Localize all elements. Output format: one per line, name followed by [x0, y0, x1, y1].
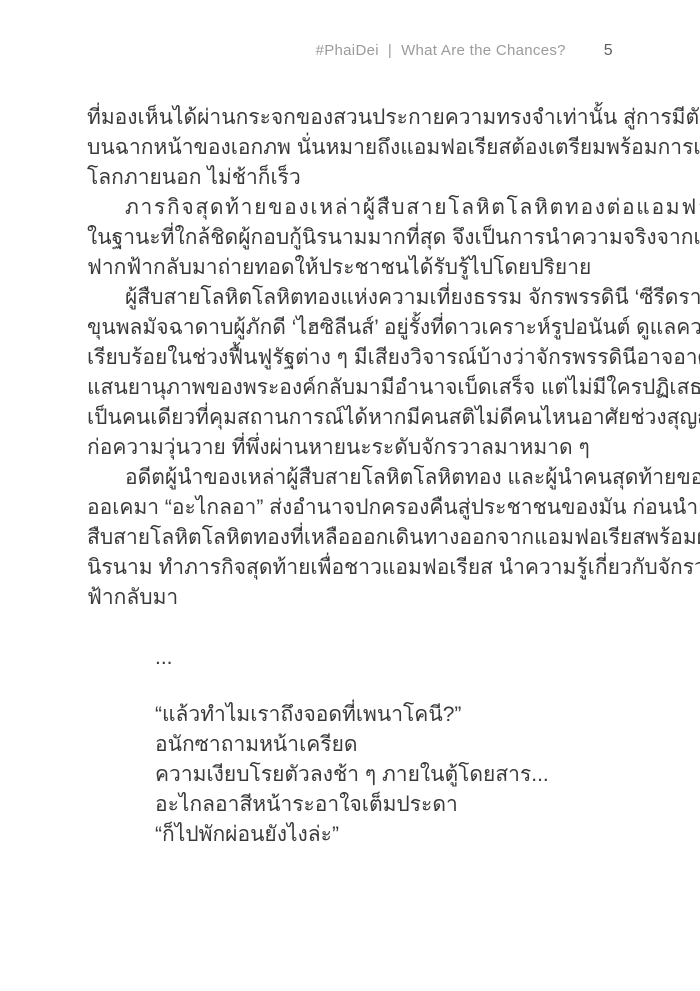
chapter-title: What Are the Chances? — [401, 40, 566, 62]
text-line: ความเงียบโรยตัวลงช้า ๆ ภายในตู้โดยสาร... — [155, 760, 613, 790]
text-line: ออเคมา “อะไกลอา” ส่งอำนาจปกครองคืนสู่ประ… — [87, 493, 613, 523]
text-line: ผู้สืบสายโลหิตโลหิตทองแห่งความเที่ยงธรรม… — [87, 283, 613, 313]
text-line: อดีตผู้นำของเหล่าผู้สืบสายโลหิตโลหิตทอง … — [87, 463, 613, 493]
text-line: “แล้วทำไมเราถึงจอดที่เพนาโคนี?” — [155, 700, 613, 730]
text-line: ฟ้ากลับมา — [87, 583, 613, 613]
page-number: 5 — [604, 40, 613, 62]
text-line: ก่อความวุ่นวาย ที่พึ่งผ่านหายนะระดับจักร… — [87, 433, 613, 463]
paragraph: ผู้สืบสายโลหิตโลหิตทองแห่งความเที่ยงธรรม… — [87, 283, 613, 463]
text-line: ที่มองเห็นได้ผ่านกระจกของสวนประกายความทร… — [87, 103, 613, 133]
text-line: เรียบร้อยในช่วงฟื้นฟูรัฐต่าง ๆ มีเสียงวิ… — [87, 343, 613, 373]
book-page: #PhaiDei | What Are the Chances? 5 ที่มอ… — [0, 0, 700, 991]
paragraph: ที่มองเห็นได้ผ่านกระจกของสวนประกายความทร… — [87, 103, 613, 193]
text-line: เป็นคนเดียวที่คุมสถานการณ์ได้หากมีคนสติไ… — [87, 403, 613, 433]
text-line: ภารกิจสุดท้ายของเหล่าผู้สืบสายโลหิตโลหิต… — [87, 193, 613, 223]
text-line: บนฉากหน้าของเอกภพ นั่นหมายถึงแอมฟอเรียสต… — [87, 133, 613, 163]
dialogue-paragraph: “แล้วทำไมเราถึงจอดที่เพนาโคนี?”อนักซาถาม… — [87, 700, 613, 850]
paragraph: อดีตผู้นำของเหล่าผู้สืบสายโลหิตโลหิตทอง … — [87, 463, 613, 613]
text-line: ในฐานะที่ใกล้ชิดผู้กอบกู้นิรนามมากที่สุด… — [87, 223, 613, 253]
text-line: อนักซาถามหน้าเครียด — [155, 730, 613, 760]
text-line: ฟากฟ้ากลับมาถ่ายทอดให้ประชาชนได้รับรู้ไป… — [87, 253, 613, 283]
text-line: โลกภายนอก ไม่ช้าก็เร็ว — [87, 163, 613, 193]
text-line: แสนยานุภาพของพระองค์กลับมามีอำนาจเบ็ดเสร… — [87, 373, 613, 403]
text-line: นิรนาม ทำภารกิจสุดท้ายเพื่อชาวแอมฟอเรียส… — [87, 553, 613, 583]
scene-break-ellipsis: ... — [87, 643, 613, 673]
text-line: ขุนพลมัจฉาดาบผู้ภักดี ‘ไฮซิลีนส์’ อยู่รั… — [87, 313, 613, 343]
text-line: อะไกลอาสีหน้าระอาใจเต็มประดา — [155, 790, 613, 820]
text-line: สืบสายโลหิตโลหิตทองที่เหลือออกเดินทางออก… — [87, 523, 613, 553]
running-header: #PhaiDei | What Are the Chances? 5 — [87, 40, 613, 62]
header-separator: | — [388, 40, 392, 62]
text-line: “ก็ไปพักผ่อนยังไงล่ะ” — [155, 820, 613, 850]
text-line: ... — [155, 643, 613, 673]
text-block: ที่มองเห็นได้ผ่านกระจกของสวนประกายความทร… — [87, 103, 613, 850]
book-tag: #PhaiDei — [316, 40, 379, 62]
paragraph: ภารกิจสุดท้ายของเหล่าผู้สืบสายโลหิตโลหิต… — [87, 193, 613, 283]
